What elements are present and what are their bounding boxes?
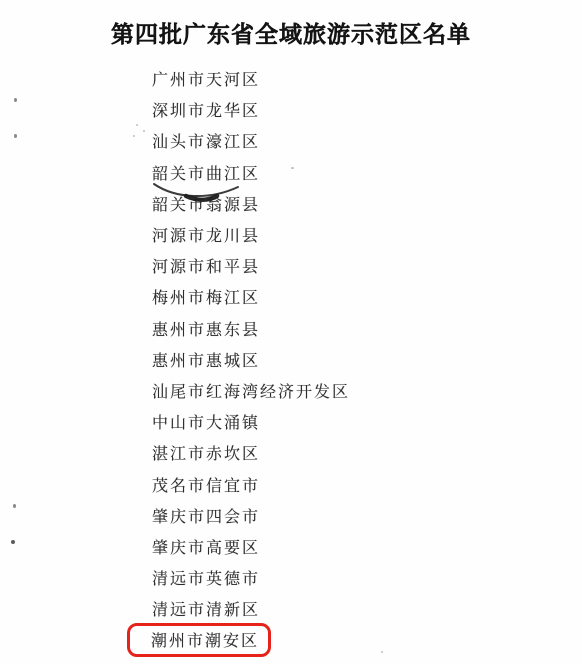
list-item: 梅州市梅江区 (152, 281, 552, 312)
list-item-label: 惠州市惠东县 (152, 317, 260, 340)
list-item: 汕尾市红海湾经济开发区 (152, 375, 552, 406)
list-item: 惠州市惠城区 (152, 344, 552, 375)
list-item-label: 清远市英德市 (152, 566, 260, 589)
list-item: 汕头市濠江区 (152, 125, 552, 156)
list-item-label: 肇庆市四会市 (152, 504, 260, 527)
list-item: 清远市清新区 (152, 593, 552, 624)
list-item-label: 清远市清新区 (152, 597, 260, 620)
list-item-label: 汕尾市红海湾经济开发区 (152, 379, 350, 402)
scan-speck (291, 167, 294, 169)
list-item-label-highlighted: 潮州市潮安区 (127, 623, 271, 657)
list-item: 茂名市信宜市 (152, 468, 552, 499)
scan-speck (136, 124, 138, 126)
list-item-label: 湛江市赤坎区 (152, 441, 260, 464)
list-item-label: 广州市天河区 (152, 67, 260, 90)
list-item: 河源市和平县 (152, 250, 552, 281)
list-item-label: 中山市大涌镇 (152, 410, 260, 433)
district-list: 广州市天河区 深圳市龙华区 汕头市濠江区 韶关市曲江区 韶关市翁源县 河源市龙川… (152, 63, 552, 656)
document-title: 第四批广东省全域旅游示范区名单 (0, 16, 582, 49)
list-item: 湛江市赤坎区 (152, 437, 552, 468)
scan-speck (133, 135, 135, 137)
list-item: 惠州市惠东县 (152, 313, 552, 344)
list-item-label: 梅州市梅江区 (152, 285, 260, 308)
list-item: 韶关市曲江区 (152, 157, 552, 188)
scan-speck (381, 651, 383, 653)
list-item: 河源市龙川县 (152, 219, 552, 250)
scan-speck (14, 134, 17, 138)
list-item-label: 茂名市信宜市 (152, 473, 260, 496)
list-item-label: 河源市和平县 (152, 254, 260, 277)
scan-speck (13, 504, 16, 508)
list-item-label: 汕头市濠江区 (152, 129, 260, 152)
list-item: 中山市大涌镇 (152, 406, 552, 437)
list-item: 深圳市龙华区 (152, 94, 552, 125)
list-item-label: 韶关市曲江区 (152, 161, 260, 184)
list-item: 广州市天河区 (152, 63, 552, 94)
scan-speck (14, 98, 17, 102)
list-item: 肇庆市高要区 (152, 531, 552, 562)
list-item: 潮州市潮安区 (152, 624, 552, 655)
scan-speck (143, 130, 145, 132)
scan-speck (11, 540, 15, 544)
list-item-label: 肇庆市高要区 (152, 535, 260, 558)
list-item-label: 惠州市惠城区 (152, 348, 260, 371)
list-item: 肇庆市四会市 (152, 500, 552, 531)
document-page: 第四批广东省全域旅游示范区名单 广州市天河区 深圳市龙华区 汕头市濠江区 韶关市… (0, 0, 582, 664)
list-item-label: 深圳市龙华区 (152, 98, 260, 121)
list-item-label: 河源市龙川县 (152, 223, 260, 246)
list-item: 韶关市翁源县 (152, 188, 552, 219)
list-item-label: 韶关市翁源县 (152, 192, 260, 215)
list-item: 清远市英德市 (152, 562, 552, 593)
